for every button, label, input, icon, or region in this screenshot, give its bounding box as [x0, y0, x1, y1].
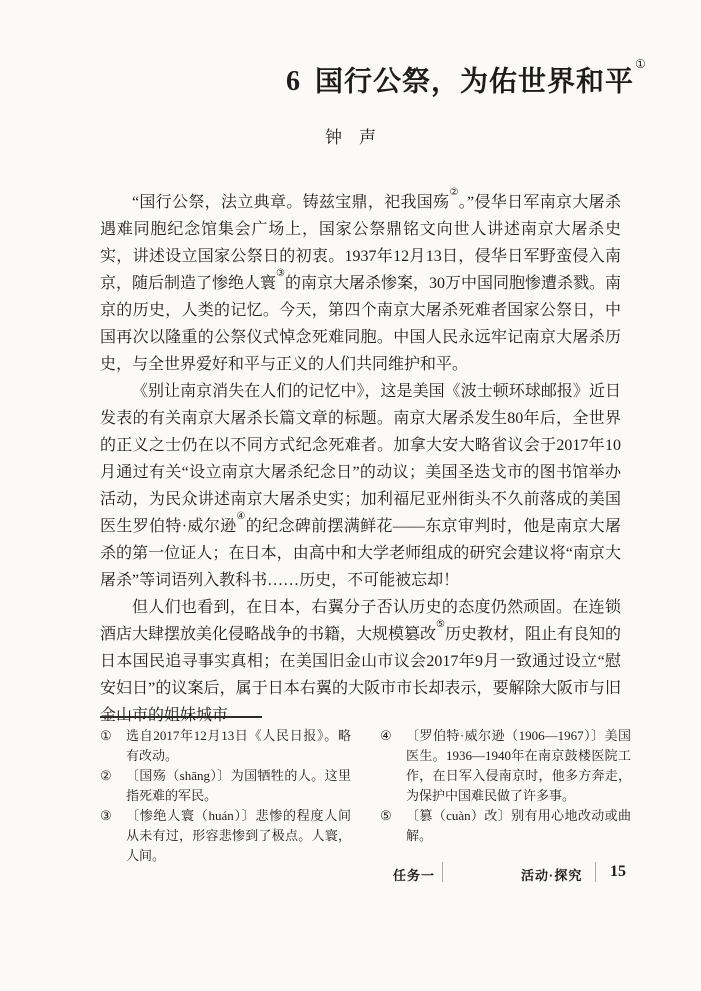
footer-divider	[595, 862, 596, 882]
footnote-text: 〔国殇（shāng）〕为国牺牲的人。这里指死难的军民。	[126, 768, 351, 803]
footnote-reference: ④	[236, 511, 245, 522]
footer-page-number: 15	[610, 863, 626, 881]
page-footer: 任务一 活动·探究 15	[0, 861, 701, 885]
footnote-text: 选自2017年12月13日《人民日报》。略有改动。	[126, 728, 351, 763]
paragraph: 《别让南京消失在人们的记忆中》，这是美国《波士顿环球邮报》近日发表的有关南京大屠…	[100, 378, 621, 594]
footnote-text: 〔惨绝人寰（huán）〕悲惨的程度人间从未有过，形容悲惨到了极点。人寰，人间。	[126, 808, 351, 863]
footnote-item: ①选自2017年12月13日《人民日报》。略有改动。	[100, 726, 351, 766]
footnote-reference: ③	[276, 268, 285, 279]
paragraph: “国行公祭，法立典章。铸兹宝鼎，祀我国殇②。”侵华日军南京大屠杀遇难同胞纪念馆集…	[100, 189, 621, 378]
article-body: “国行公祭，法立典章。铸兹宝鼎，祀我国殇②。”侵华日军南京大屠杀遇难同胞纪念馆集…	[100, 189, 621, 729]
footnote-item: ⑤〔篡（cuàn）改〕别有用心地改动或曲解。	[380, 806, 631, 846]
footnotes: ①选自2017年12月13日《人民日报》。略有改动。②〔国殇（shāng）〕为国…	[100, 726, 631, 866]
paragraph: 但人们也看到，在日本，右翼分子否认历史的态度仍然顽固。在连锁酒店大肆摆放美化侵略…	[100, 594, 621, 729]
footnote-text: 〔罗伯特·威尔逊（1906—1967）〕美国医生。1936—1940年在南京鼓楼…	[406, 728, 631, 803]
footnote-reference: ⑤	[436, 619, 445, 630]
author-name: 钟 声	[0, 126, 701, 150]
footnote-marker: ④	[380, 726, 392, 746]
textbook-page: 6国行公祭，为佑世界和平① 钟 声 “国行公祭，法立典章。铸兹宝鼎，祀我国殇②。…	[0, 0, 701, 991]
footnote-item: ④〔罗伯特·威尔逊（1906—1967）〕美国医生。1936—1940年在南京鼓…	[380, 726, 631, 806]
page-title: 6国行公祭，为佑世界和平①	[286, 57, 646, 101]
footnote-column-right: ④〔罗伯特·威尔逊（1906—1967）〕美国医生。1936—1940年在南京鼓…	[380, 726, 631, 866]
footer-task-label: 任务一	[393, 865, 435, 884]
footnote-reference: ②	[449, 187, 458, 198]
footer-divider	[442, 862, 443, 882]
footnote-item: ③〔惨绝人寰（huán）〕悲惨的程度人间从未有过，形容悲惨到了极点。人寰，人间。	[100, 806, 351, 866]
footnote-marker: ②	[100, 766, 112, 786]
footnote-item: ②〔国殇（shāng）〕为国牺牲的人。这里指死难的军民。	[100, 766, 351, 806]
footnote-marker: ①	[100, 726, 112, 746]
lesson-title: 国行公祭，为佑世界和平	[315, 66, 634, 97]
title-footnote-reference: ①	[635, 57, 646, 71]
footnote-column-left: ①选自2017年12月13日《人民日报》。略有改动。②〔国殇（shāng）〕为国…	[100, 726, 351, 866]
footnote-marker: ③	[100, 806, 112, 826]
footnote-marker: ⑤	[380, 806, 392, 826]
footnote-separator	[100, 716, 262, 718]
lesson-number: 6	[286, 66, 300, 97]
footer-section-label: 活动·探究	[521, 865, 582, 884]
footnote-text: 〔篡（cuàn）改〕别有用心地改动或曲解。	[406, 808, 631, 843]
